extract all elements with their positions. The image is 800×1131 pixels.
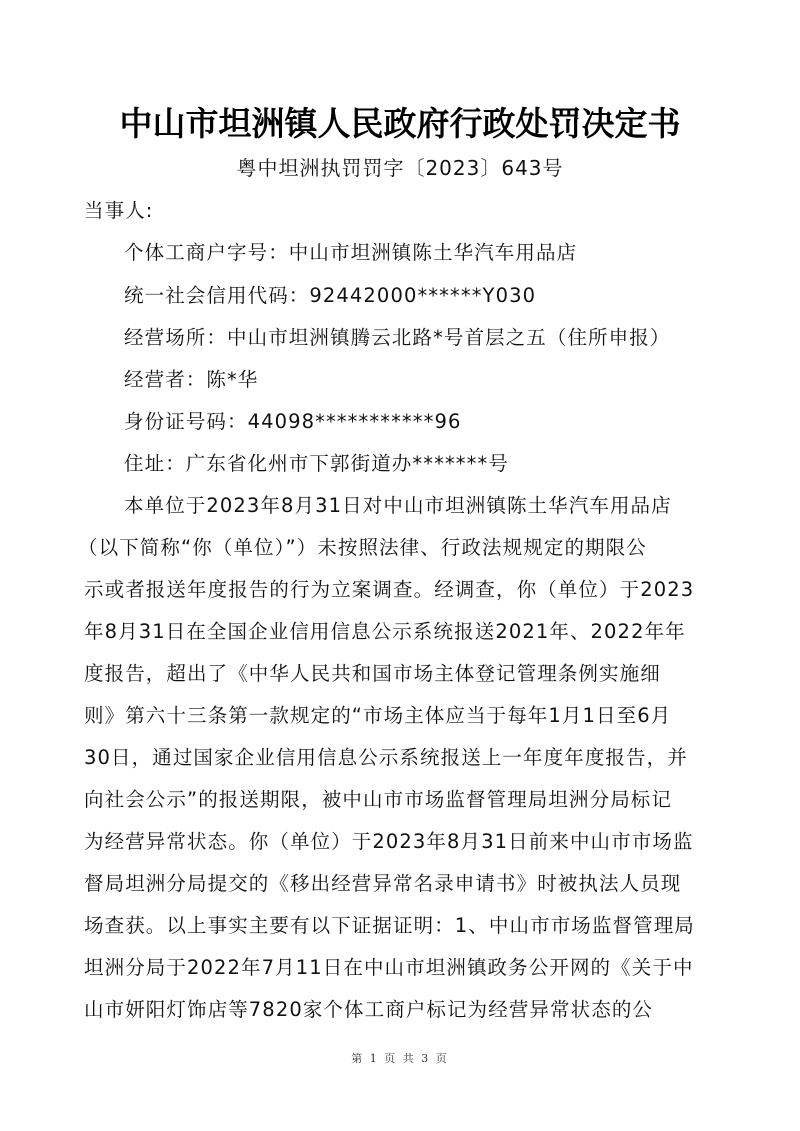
- page-footer: 第 1 页 共 3 页: [0, 1050, 800, 1066]
- body-line: 向社会公示”的报送期限，被中山市市场监督管理局坦洲分局标记: [84, 785, 672, 815]
- body-line: 年8月31日在全国企业信用信息公示系统报送2021年、2022年年: [84, 617, 686, 647]
- document-title: 中山市坦洲镇人民政府行政处罚决定书: [0, 102, 800, 146]
- party-credit-code: 统一社会信用代码：92442000******Y030: [124, 281, 536, 311]
- document-page: 中山市坦洲镇人民政府行政处罚决定书 粤中坦洲执罚罚字〔2023〕643号 当事人…: [0, 0, 800, 1131]
- party-residence: 住址：广东省化州市下郭街道办*******号: [124, 449, 509, 479]
- party-id-number: 身份证号码：44098***********96: [124, 407, 462, 437]
- party-address: 经营场所：中山市坦洲镇腾云北路*号首层之五（住所申报）: [124, 323, 670, 353]
- body-line: （以下简称“你（单位）”）未按照法律、行政法规规定的期限公: [78, 533, 647, 563]
- party-heading: 当事人:: [84, 196, 153, 226]
- body-line: 则》第六十三条第一款规定的“市场主体应当于每年1月1日至6月: [84, 701, 671, 731]
- body-line: 坦洲分局于2022年7月11日在中山市坦洲镇政务公开网的《关于中: [84, 953, 694, 983]
- body-line: 山市妍阳灯饰店等7820家个体工商户标记为经营异常状态的公: [84, 995, 653, 1025]
- body-line: 为经营异常状态。你（单位）于2023年8月31日前来中山市市场监: [84, 827, 694, 857]
- party-operator: 经营者：陈*华: [124, 365, 258, 395]
- party-business-name: 个体工商户字号：中山市坦洲镇陈土华汽车用品店: [124, 238, 577, 268]
- body-line: 督局坦洲分局提交的《移出经营异常名录申请书》时被执法人员现: [84, 869, 681, 899]
- document-number: 粤中坦洲执罚罚字〔2023〕643号: [0, 153, 800, 183]
- body-line: 场查获。以上事实主要有以下证据证明：1、中山市市场监督管理局: [84, 911, 695, 941]
- body-line: 度报告，超出了《中华人民共和国市场主体登记管理条例实施细: [84, 659, 661, 689]
- body-line: 本单位于2023年8月31日对中山市坦洲镇陈土华汽车用品店: [124, 491, 672, 521]
- body-line: 30日，通过国家企业信用信息公示系统报送上一年度年度报告，并: [84, 743, 688, 773]
- body-line: 示或者报送年度报告的行为立案调查。经调查，你（单位）于2023: [84, 575, 694, 605]
